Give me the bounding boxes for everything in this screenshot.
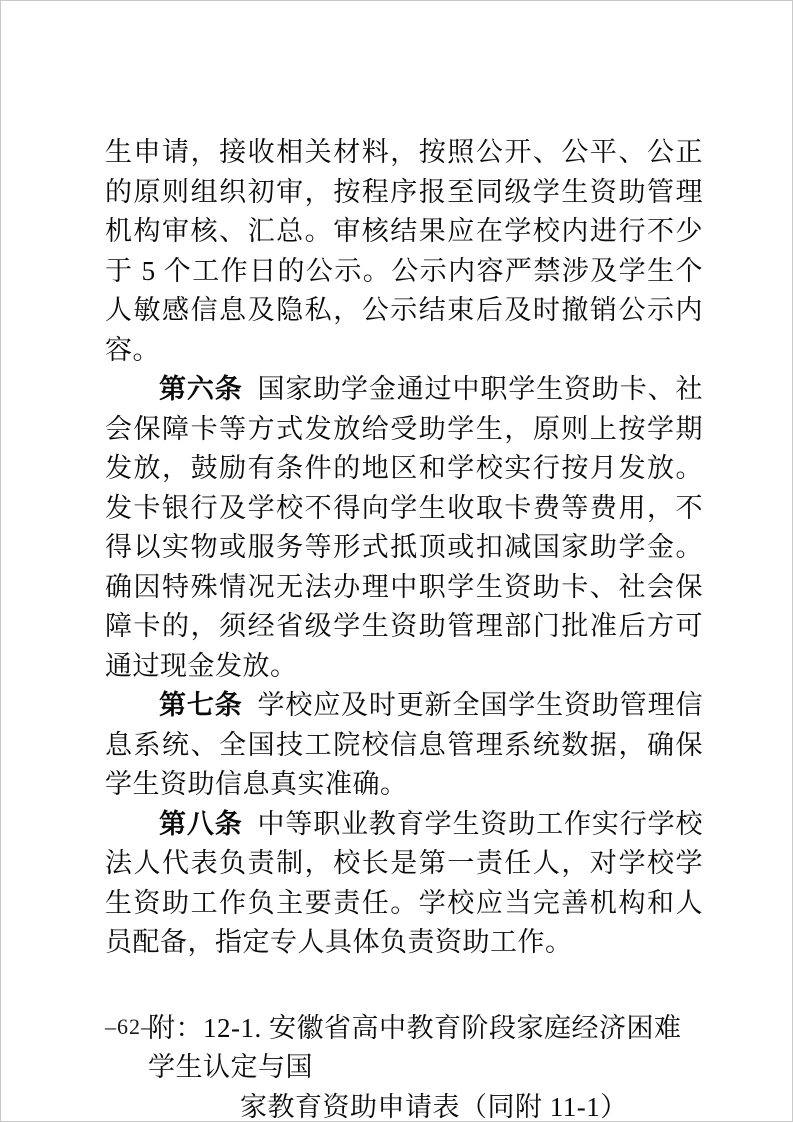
article-text: 生申请，接收相关材料，按照公开、公平、公正的原则组织初审，按程序报至同级学生资助…	[105, 137, 703, 365]
document-body: 生申请，接收相关材料，按照公开、公平、公正的原则组织初审，按程序报至同级学生资助…	[105, 133, 703, 1122]
page-number: –62–	[105, 1014, 153, 1040]
article-number-label: 第八条	[159, 809, 243, 839]
article-paragraph: 第七条学校应及时更新全国学生资助管理信息系统、全国技工院校信息管理系统数据，确保…	[105, 686, 703, 805]
article-paragraph: 生申请，接收相关材料，按照公开、公平、公正的原则组织初审，按程序报至同级学生资助…	[105, 133, 703, 370]
attachment-line: 家教育资助申请表（同附 11-1）	[105, 1088, 703, 1122]
article-number-label: 第六条	[159, 374, 243, 404]
article-paragraph: 第八条中等职业教育学生资助工作实行学校法人代表负责制，校长是第一责任人，对学校学…	[105, 805, 703, 963]
article-text: 国家助学金通过中职学生资助卡、社会保障卡等方式发放给受助学生，原则上按学期发放，…	[105, 374, 703, 681]
attachment-note: 附：12-1. 安徽省高中教育阶段家庭经济困难学生认定与国 家教育资助申请表（同…	[105, 1009, 703, 1122]
article-paragraph: 第六条国家助学金通过中职学生资助卡、社会保障卡等方式发放给受助学生，原则上按学期…	[105, 370, 703, 686]
article-number-label: 第七条	[159, 690, 243, 720]
document-page: 生申请，接收相关材料，按照公开、公平、公正的原则组织初审，按程序报至同级学生资助…	[0, 0, 793, 1122]
attachment-line: 附：12-1. 安徽省高中教育阶段家庭经济困难学生认定与国	[105, 1009, 703, 1088]
